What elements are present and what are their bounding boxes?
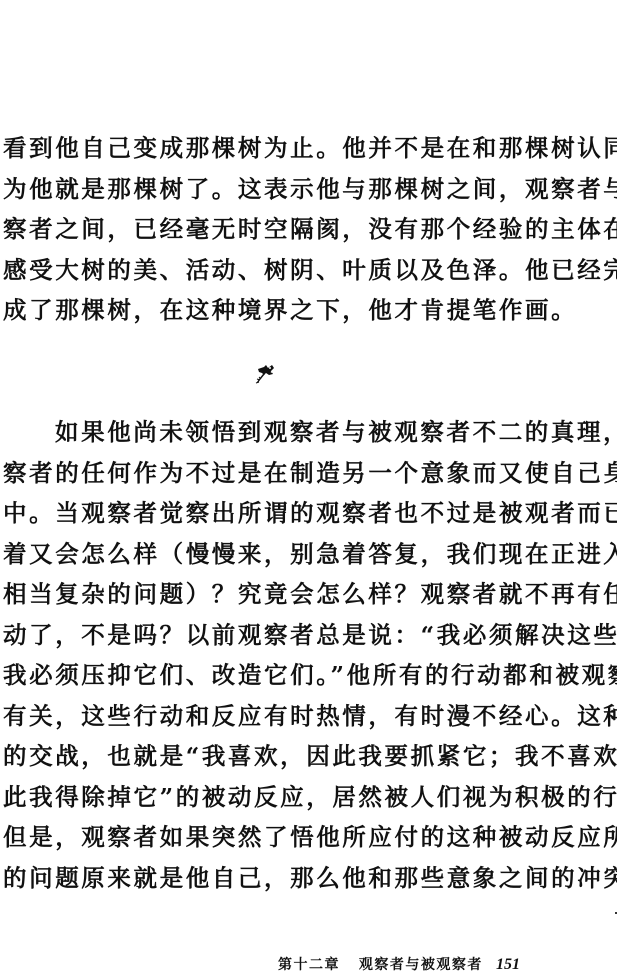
text-line: 感受大树的美、活动、树阴、叶质以及色泽。他已经完全变: [3, 250, 533, 291]
text-line: 成了那棵树，在这种境界之下，他才肯提笔作画。: [3, 290, 533, 331]
text-line: 察者之间，已经毫无时空隔阂，没有那个经验的主体在那里: [3, 209, 533, 250]
book-page: 看到他自己变成那棵树为止。他并不是在和那棵树认同，因 为他就是那棵树了。这表示他…: [0, 0, 617, 973]
text-line: 此我得除掉它”的被动反应，居然被人们视为积极的行为。: [3, 777, 533, 818]
text-line: 我必须压抑它们、改造它们。”他所有的行动都和被观察者: [3, 655, 533, 696]
chapter-title: 观察者与被观察者: [359, 957, 483, 973]
text-line: 有关，这些行动和反应有时热情，有时漫不经心。这种好恶: [3, 696, 533, 737]
text-line: 相当复杂的问题）？究竟会怎么样？观察者就不再有任何活: [3, 574, 533, 615]
scan-speck: [582, 643, 584, 645]
page-number: 151: [496, 955, 520, 973]
text-line: 的问题原来就是他自己，那么他和那些意象之间的冲突就消: [3, 858, 533, 899]
text-line: 的交战，也就是“我喜欢，因此我要抓紧它；我不喜欢，因: [3, 736, 533, 777]
floral-ornament-icon: [254, 363, 278, 385]
text-line: 看到他自己变成那棵树为止。他并不是在和那棵树认同，因: [3, 128, 533, 169]
paragraph-1: 看到他自己变成那棵树为止。他并不是在和那棵树认同，因 为他就是那棵树了。这表示他…: [3, 128, 533, 331]
text-line: 着又会怎么样（慢慢来，别急着答复，我们现在正进入一个: [3, 534, 533, 575]
text-line: 动了，不是吗？以前观察者总是说：“我必须解决这些意象，: [3, 615, 533, 656]
text-line: 为他就是那棵树了。这表示他与那棵树之间，观察者与被观: [3, 169, 533, 210]
running-footer: 第十二章 观察者与被观察者 151: [278, 955, 483, 973]
text-line: 如果他尚未领悟到观察者与被观察者不二的真理，则观: [3, 412, 533, 453]
chapter-label: 第十二章: [278, 957, 340, 973]
text-line: 察者的任何作为不过是在制造另一个意象而又使自己身陷其: [3, 453, 533, 494]
paragraph-2: 如果他尚未领悟到观察者与被观察者不二的真理，则观 察者的任何作为不过是在制造另一…: [3, 412, 533, 898]
text-line: 但是，观察者如果突然了悟他所应付的这种被动反应所产生: [3, 817, 533, 858]
text-line: 中。当观察者觉察出所谓的观察者也不过是被观者而已，接: [3, 493, 533, 534]
